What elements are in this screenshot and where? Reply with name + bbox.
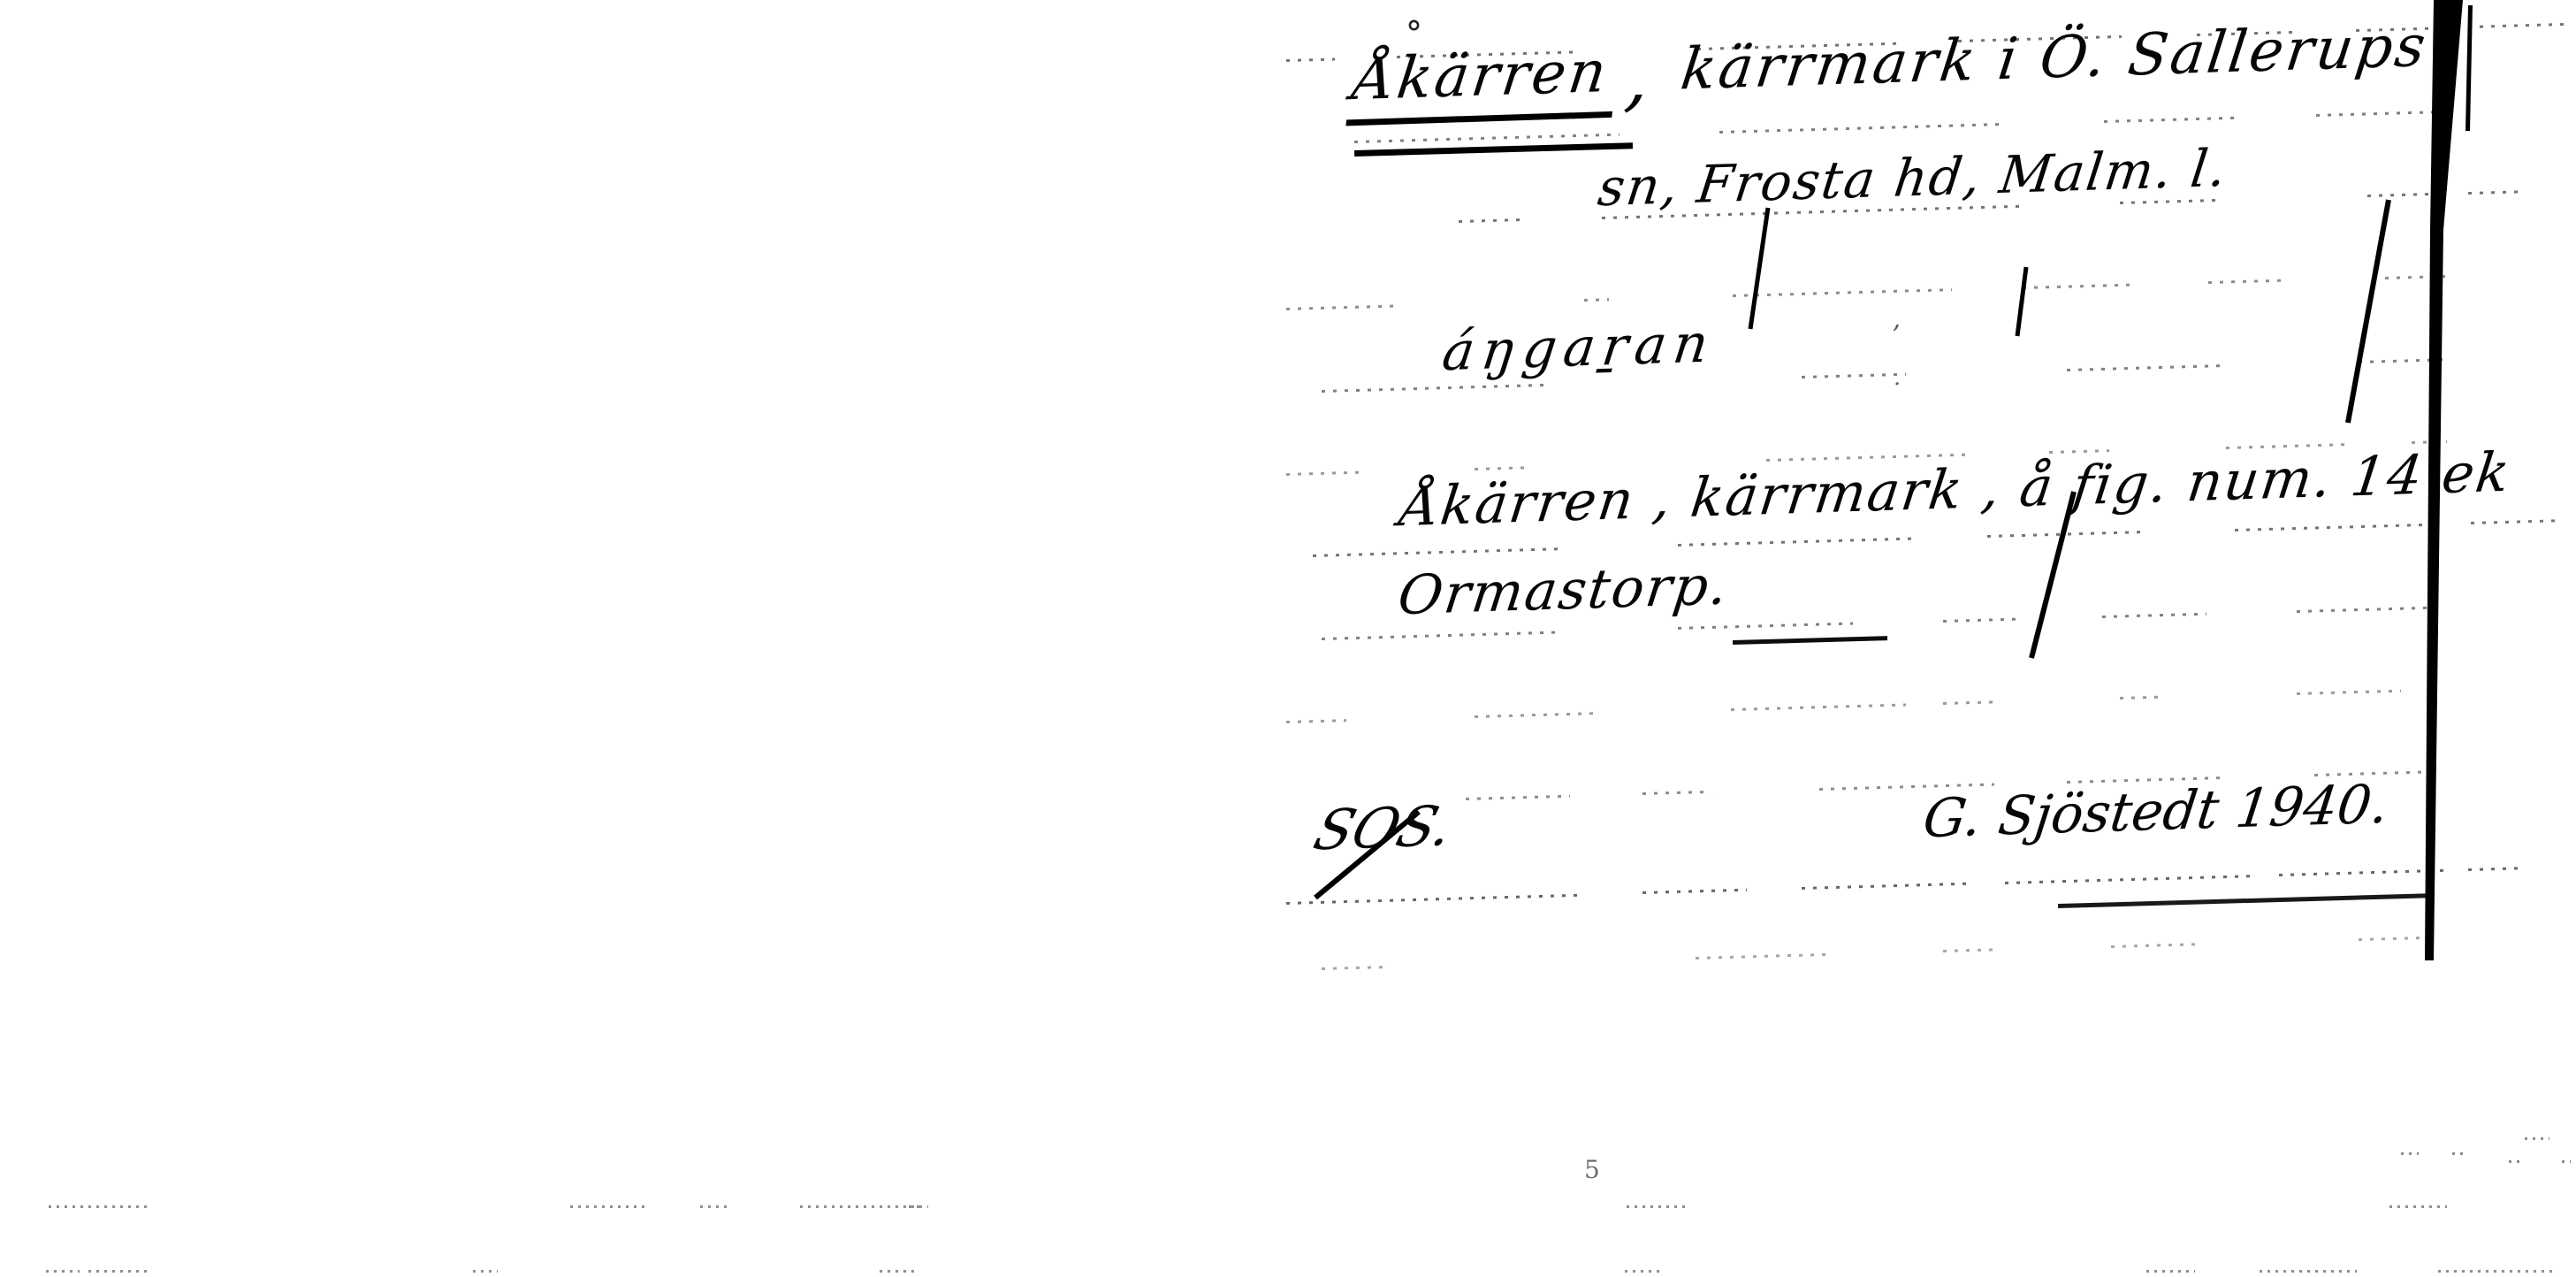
scan-noise-segment xyxy=(700,1205,728,1208)
body-line-2: Ormastorp. xyxy=(1395,558,1732,623)
scan-noise-segment xyxy=(49,1205,150,1208)
comma-stroke xyxy=(2017,267,2026,336)
scan-noise-segment xyxy=(2562,1160,2571,1163)
scan-noise-segment xyxy=(1627,1205,1688,1208)
stray-dot-mark: · xyxy=(1894,371,1901,398)
source-code: SOS. xyxy=(1308,799,1459,859)
comma-stroke xyxy=(1750,208,1768,329)
scan-noise-segment xyxy=(909,1205,925,1208)
index-card: Åkärren,kärrmark i Ö. Sallerups sn, Fros… xyxy=(1273,0,2576,1277)
scan-noise-segment xyxy=(2146,1270,2195,1273)
stray-tick-mark: ’ xyxy=(1892,320,1901,351)
comma-mark: , xyxy=(1621,36,1658,120)
scan-noise-segment xyxy=(2260,1270,2357,1273)
scan-noise-segment xyxy=(880,1270,919,1273)
scan-noise-segment xyxy=(473,1270,498,1273)
scan-noise-segment xyxy=(2438,1270,2553,1273)
scan-page: Åkärren,kärrmark i Ö. Sallerups sn, Fros… xyxy=(0,0,2576,1277)
scan-noise-segment xyxy=(46,1270,80,1273)
scan-noise-segment xyxy=(2509,1160,2519,1163)
scan-noise-segment xyxy=(2389,1205,2447,1208)
scan-noise-segment xyxy=(570,1205,645,1208)
scan-noise-segment xyxy=(2452,1152,2466,1155)
card-edge-fringe xyxy=(2465,5,2473,131)
stray-ring-mark: ° xyxy=(1406,14,1422,53)
signature-initial: G. xyxy=(1920,786,1985,850)
flourish-stroke xyxy=(2348,200,2389,423)
headword: Åkärren xyxy=(1345,43,1620,126)
stray-digit: 5 xyxy=(1584,1155,1600,1184)
signature-name: Sjöstedt xyxy=(1995,778,2223,847)
scan-noise-segment xyxy=(2401,1152,2419,1155)
signature-year: 1940. xyxy=(2232,773,2392,840)
scan-noise-segment xyxy=(1625,1270,1662,1273)
scan-noise-segment xyxy=(2525,1137,2549,1140)
scan-noise-segment xyxy=(88,1270,150,1273)
phonetic-dialect-form: áŋgaṟan xyxy=(1439,317,1718,379)
